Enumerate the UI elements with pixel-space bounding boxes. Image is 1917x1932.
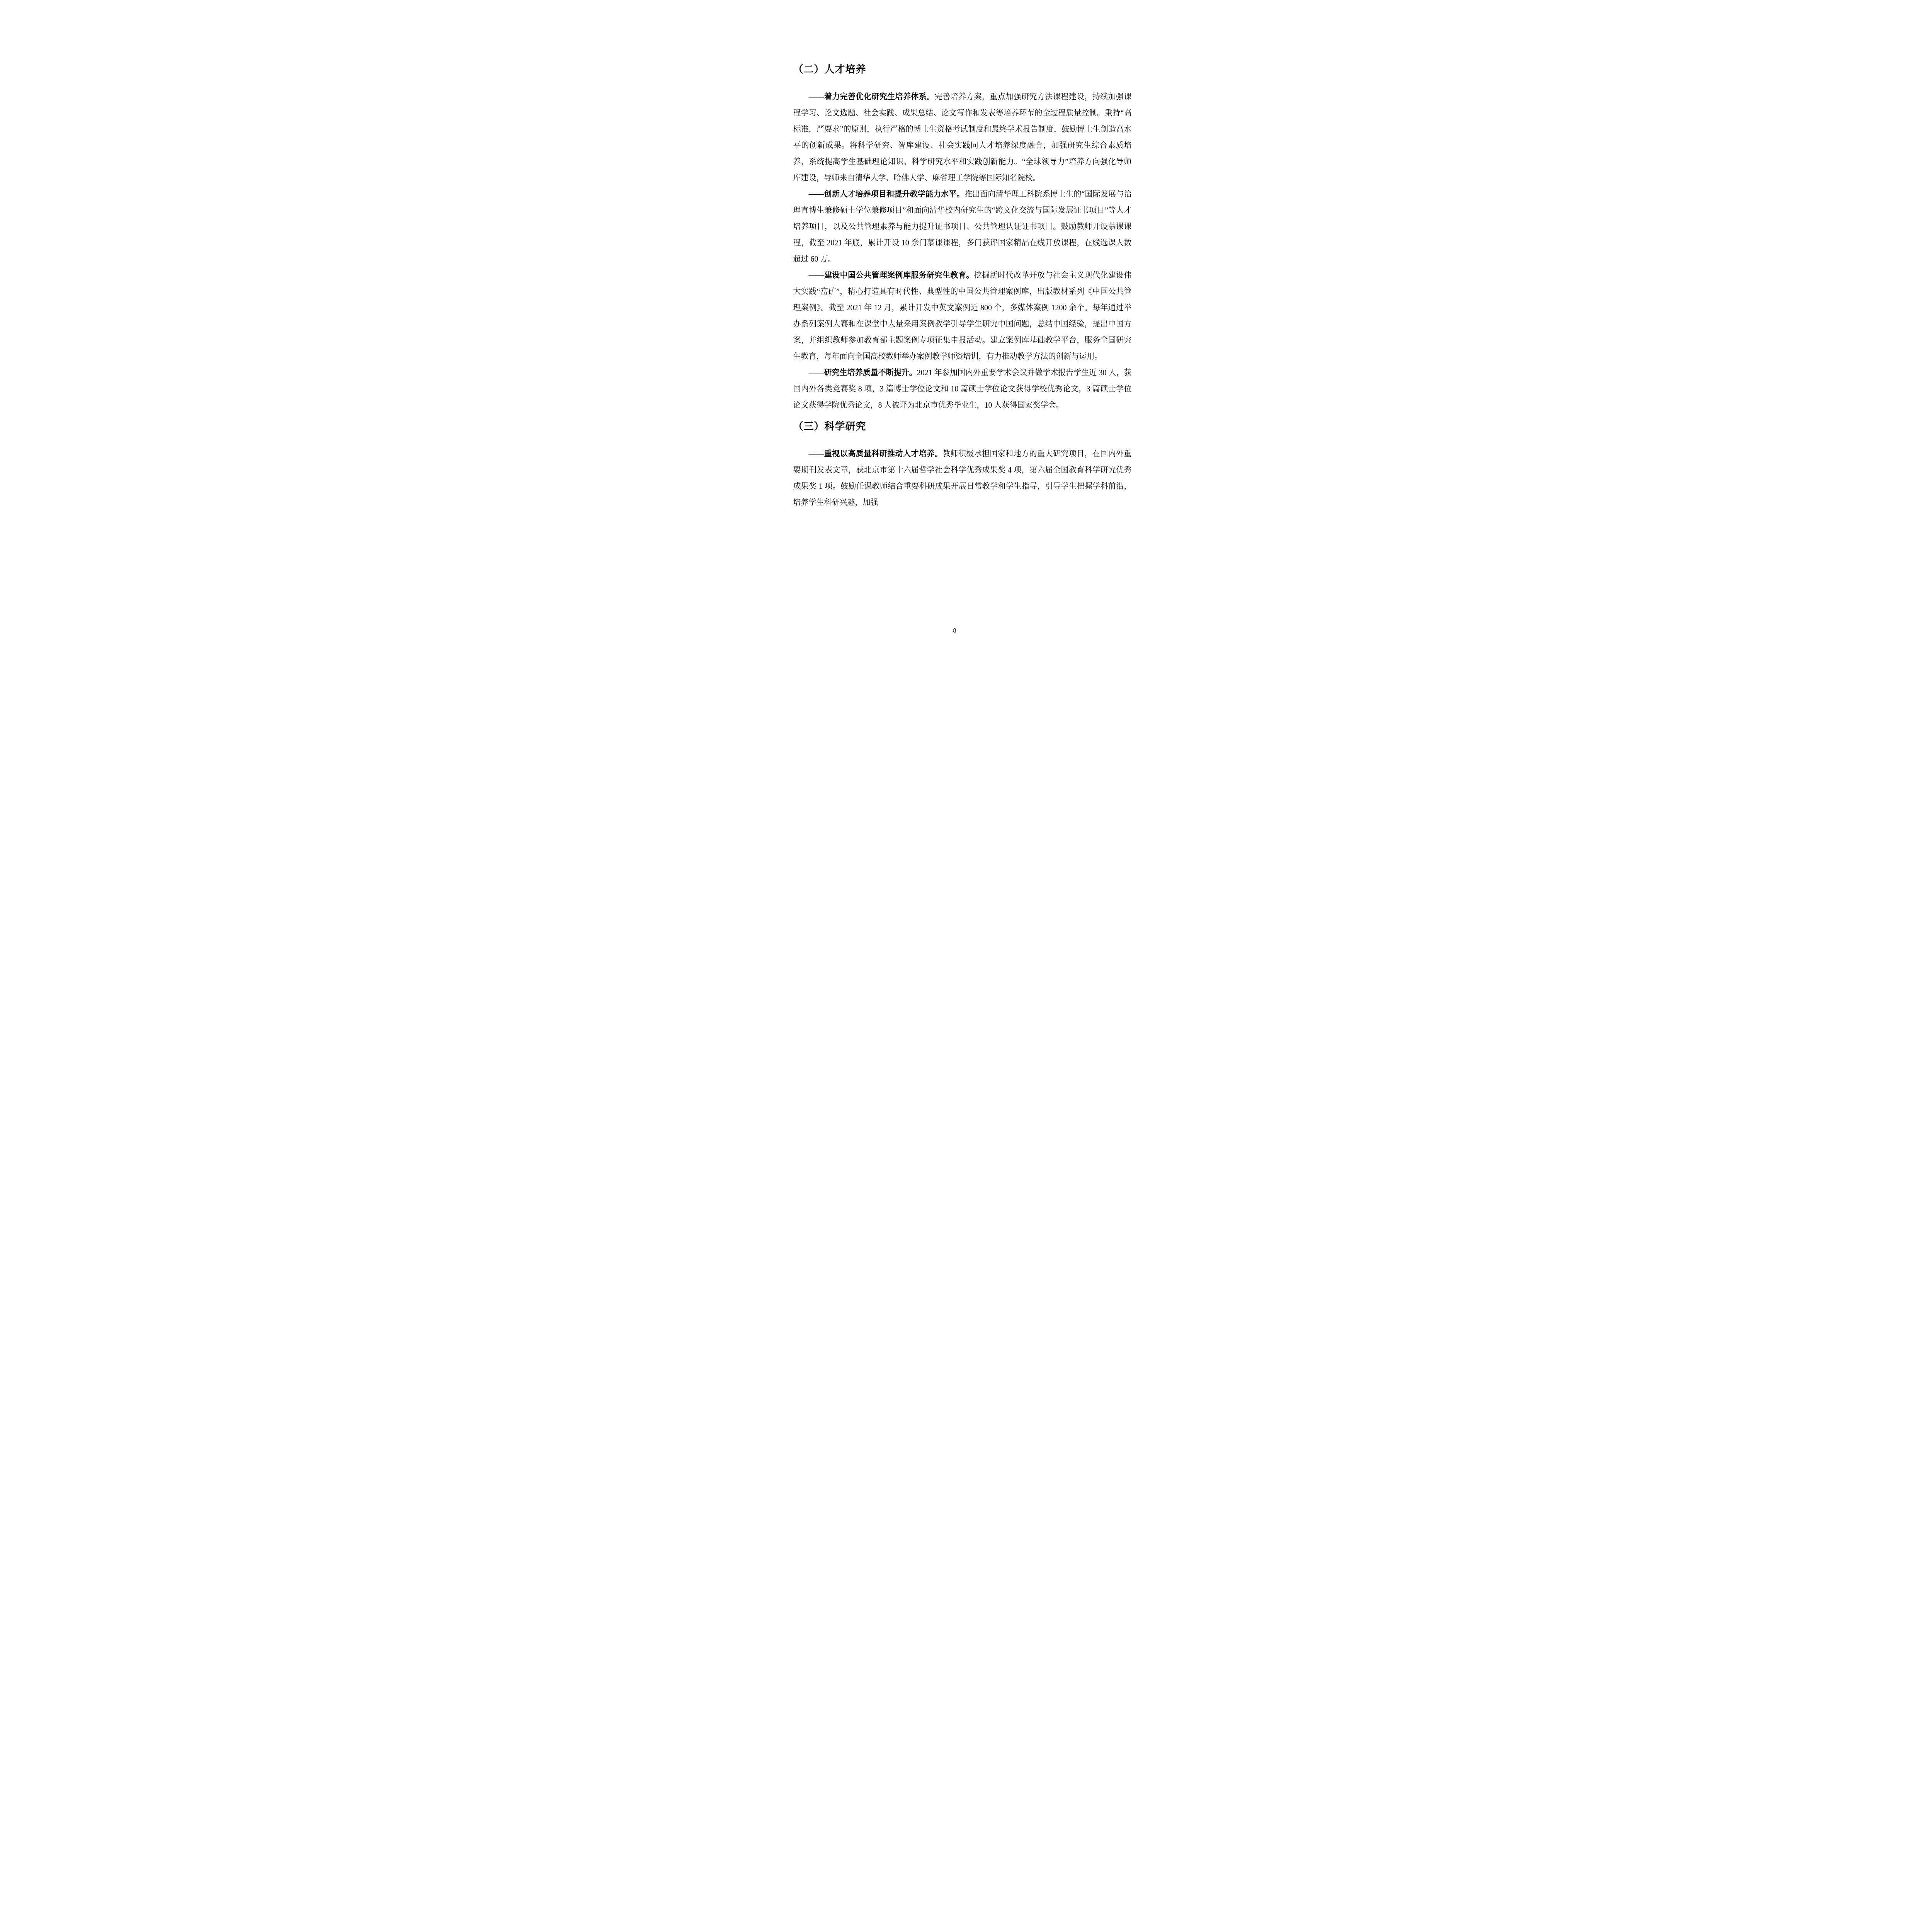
- section-heading-talent-training: （二）人才培养: [793, 62, 1132, 77]
- section-heading-scientific-research: （三）科学研究: [793, 419, 1132, 434]
- paragraph: ——建设中国公共管理案例库服务研究生教育。挖掘新时代改革开放与社会主义现代化建设…: [793, 267, 1132, 365]
- paragraph: ——研究生培养质量不断提升。2021 年参加国内外重要学术会议并做学术报告学生近…: [793, 365, 1132, 413]
- paragraph-lead: ——创新人才培养项目和提升教学能力水平。: [809, 190, 964, 199]
- paragraph-lead: ——着力完善优化研究生培养体系。: [809, 93, 935, 101]
- page-number: 8: [719, 626, 1191, 635]
- paragraph-body: 教师积极承担国家和地方的重大研究项目，在国内外重要期刊发表文章，获北京市第十六届…: [793, 450, 1132, 507]
- paragraph-body: 推出面向清华理工科院系博士生的“国际发展与治理直博生兼修硕士学位兼修项目”和面向…: [793, 190, 1132, 264]
- paragraph: ——创新人才培养项目和提升教学能力水平。推出面向清华理工科院系博士生的“国际发展…: [793, 186, 1132, 267]
- paragraph-lead: ——建设中国公共管理案例库服务研究生教育。: [809, 271, 974, 280]
- paragraph-lead: ——研究生培养质量不断提升。: [809, 369, 917, 377]
- paragraph-body: 挖掘新时代改革开放与社会主义现代化建设伟大实践“富矿”，精心打造具有时代性、典型…: [793, 271, 1132, 361]
- paragraph: ——着力完善优化研究生培养体系。完善培养方案，重点加强研究方法课程建设，持续加强…: [793, 89, 1132, 186]
- document-page: （二）人才培养 ——着力完善优化研究生培养体系。完善培养方案，重点加强研究方法课…: [719, 0, 1198, 678]
- paragraph-body: 完善培养方案，重点加强研究方法课程建设，持续加强课程学习、论文选题、社会实践、成…: [793, 93, 1132, 182]
- paragraph: ——重视以高质量科研推动人才培养。教师积极承担国家和地方的重大研究项目，在国内外…: [793, 446, 1132, 511]
- paragraph-lead: ——重视以高质量科研推动人才培养。: [809, 450, 943, 458]
